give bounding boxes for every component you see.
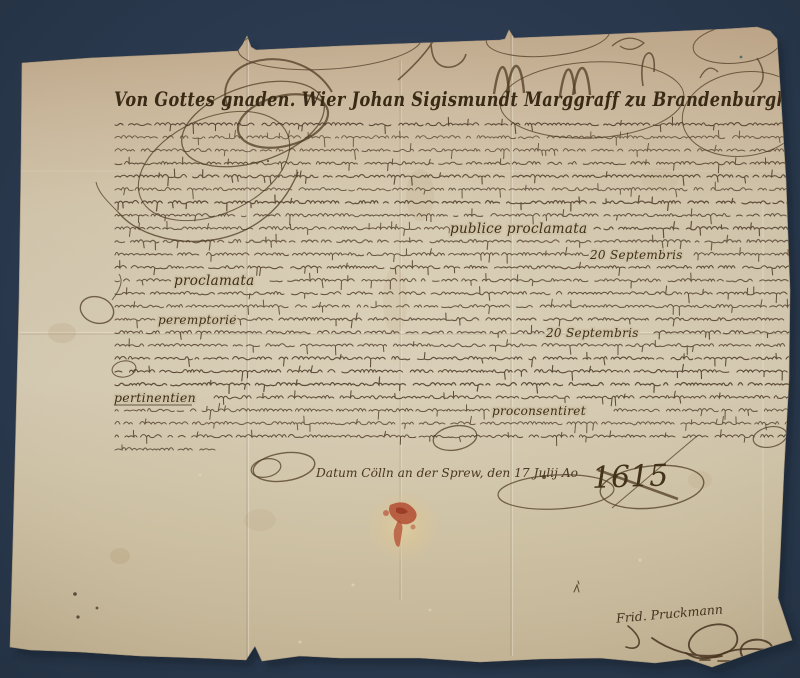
- date-line: Datum Cölln an der Sprew, den 17 Julij A…: [315, 465, 578, 480]
- legible-word: 20 Septembris: [545, 326, 639, 340]
- manuscript-photo: publice proclamata20 Septembrisproclamat…: [0, 0, 800, 678]
- year-1615: 1615: [591, 458, 669, 496]
- wax-seal-remnant: [367, 490, 439, 562]
- legible-word: pertinentien: [114, 390, 196, 405]
- legible-word: proclamata: [174, 273, 254, 289]
- legible-word: proconsentiret: [492, 404, 586, 418]
- header-line: Von Gottes gnaden. Wier Johan Sigismundt…: [114, 87, 788, 111]
- photo-background: publice proclamata20 Septembrisproclamat…: [0, 0, 800, 678]
- legible-word: peremptorie: [158, 313, 237, 327]
- legible-word: publice proclamata: [450, 221, 587, 237]
- legible-word: 20 Septembris: [589, 248, 683, 262]
